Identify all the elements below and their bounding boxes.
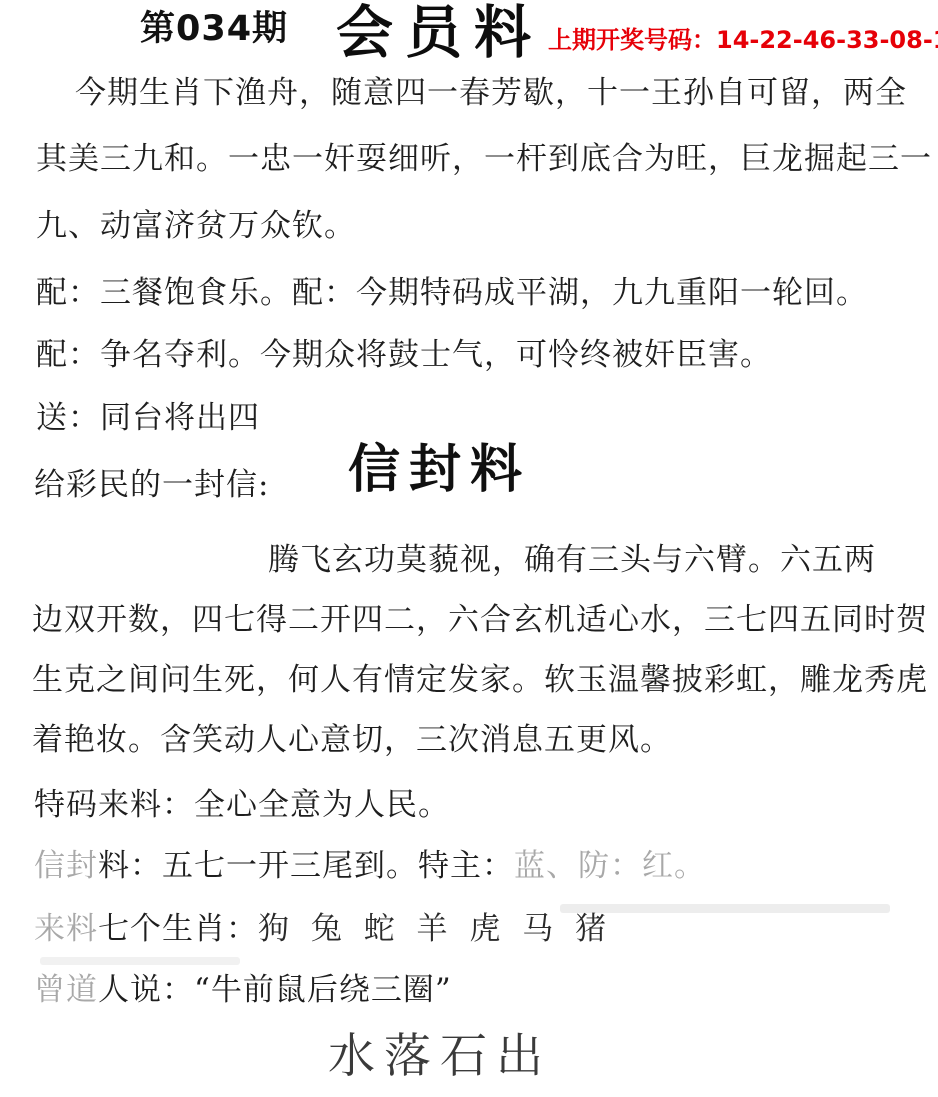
text-segment: 给彩民的一封信: [34,467,269,503]
text-segment: 送：同台将出四 [36,400,260,436]
text-segment: 其美三九和。一忠一奸耍细听，一杆到底合为旺，巨龙掘起三一 [36,141,932,177]
text-line: 腾飞玄功莫藐视，确有三头与六臂。六五两 [268,545,876,576]
text-line: 着艳妆。含笑动人心意切，三次消息五更风。 [32,725,672,756]
text-line: 九、动富济贫万众钦。 [36,211,356,242]
footer-title: 水落石出 [328,1033,552,1080]
issue-number: 第034期 [140,12,288,47]
text-segment: 曾道 [34,972,98,1008]
text-segment: 九、动富济贫万众钦。 [36,208,356,244]
text-segment: 边双开数，四七得二开四二，六合玄机适心水，三七四五同时贺 [32,602,928,638]
text-segment: 料：五七一开三尾到。特主： [98,848,514,884]
text-line: 给彩民的一封信: [34,470,269,501]
envelope-section-title: 信封料 [348,444,531,496]
text-line: 曾道人说：“牛前鼠后绕三圈” [34,975,452,1006]
document-page: { "colors": { "ink": "#1e1e1e", "faded_i… [0,0,938,1097]
previous-draw-result: 上期开奖号码：14-22-46-33-08-11+41 [548,28,938,52]
text-segment: 配：三餐饱食乐。配：今期特码成平湖，九九重阳一轮回。 [36,275,868,311]
text-segment: 配：争名夺利。今期众将鼓士气，可怜终被奸臣害。 [36,337,772,373]
text-line: 配：争名夺利。今期众将鼓士气，可怜终被奸臣害。 [36,340,772,371]
text-segment: 蓝、防：红。 [514,848,706,884]
text-segment: 七个生肖： [98,911,258,947]
text-line: 送：同台将出四 [36,403,260,434]
text-line: 来料七个生肖：狗 兔 蛇 羊 虎 马 猪 [34,914,612,945]
text-segment: 腾飞玄功莫藐视，确有三头与六臂。六五两 [268,542,876,578]
text-line: 信封料：五七一开三尾到。特主：蓝、防：红。 [34,851,706,882]
text-segment: 今期生肖下渔舟，随意四一春芳歇，十一王孙自可留，两全 [75,75,907,111]
page-title: 会员料 [336,4,543,61]
text-line: 生克之间问生死，何人有情定发家。软玉温馨披彩虹，雕龙秀虎 [32,665,928,696]
text-segment: 狗 兔 蛇 羊 虎 马 猪 [258,911,612,947]
text-segment: 信封 [34,848,98,884]
text-segment: 来料 [34,911,98,947]
text-segment: 着艳妆。含笑动人心意切，三次消息五更风。 [32,722,672,758]
scan-artifact [40,957,240,965]
text-segment: 生克之间问生死，何人有情定发家。软玉温馨披彩虹，雕龙秀虎 [32,662,928,698]
text-segment: 特码来料：全心全意为人民。 [34,787,450,823]
text-line: 配：三餐饱食乐。配：今期特码成平湖，九九重阳一轮回。 [36,278,868,309]
text-line: 特码来料：全心全意为人民。 [34,790,450,821]
text-line: 今期生肖下渔舟，随意四一春芳歇，十一王孙自可留，两全 [75,78,907,109]
text-segment: 人说：“牛前鼠后绕三圈” [98,972,452,1008]
text-line: 边双开数，四七得二开四二，六合玄机适心水，三七四五同时贺 [32,605,928,636]
text-line: 其美三九和。一忠一奸耍细听，一杆到底合为旺，巨龙掘起三一 [36,144,932,175]
